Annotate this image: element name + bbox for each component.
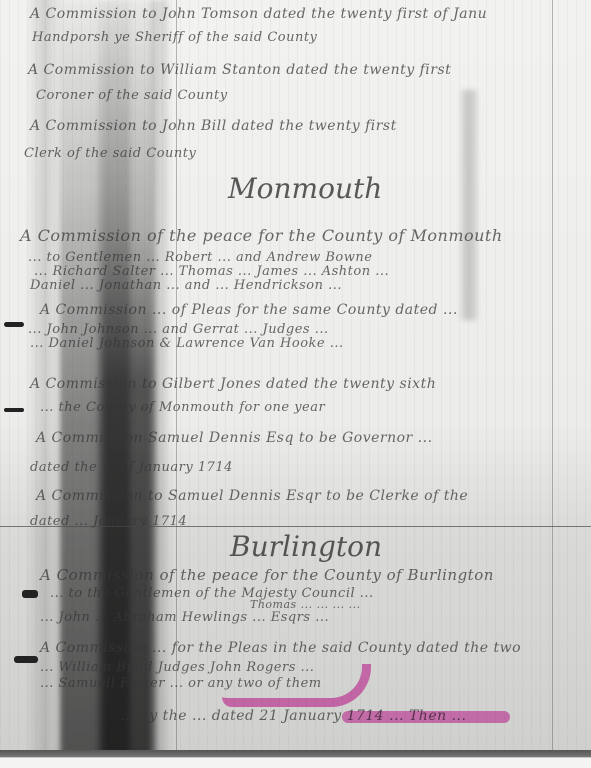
horizontal-rule — [0, 526, 591, 527]
entry-line: ... the County of Monmouth for one year — [40, 400, 325, 415]
entry-line: A Commission ... for the Pleas in the sa… — [40, 640, 521, 656]
entry-line: Coroner of the said County — [36, 88, 228, 103]
entry-line: A Commission to William Stanton dated th… — [28, 62, 451, 78]
scanned-document-page: A Commission to John Tomson dated the tw… — [0, 0, 591, 768]
entry-line: A Commission ... of Pleas for the same C… — [40, 302, 458, 318]
ink-mark — [4, 408, 24, 412]
entry-line: Handporsh ye Sheriff of the said County — [32, 30, 317, 45]
entry-line: ... John ... Abraham Hewlings ... Esqrs … — [40, 610, 329, 625]
entry-line: A Commission to John Bill dated the twen… — [30, 118, 397, 134]
entry-line: Clerk of the said County — [24, 146, 196, 161]
section-heading-burlington: Burlington — [230, 530, 382, 563]
entry-line: ... to Gentlemen ... Robert ... and Andr… — [28, 250, 372, 265]
scan-edge — [0, 750, 591, 768]
margin-rule — [552, 0, 553, 768]
highlight-samuell-foster — [222, 664, 371, 707]
entry-line: dated the ... of January 1714 — [30, 460, 233, 475]
scan-smudge — [462, 90, 476, 320]
section-heading-monmouth: Monmouth — [228, 172, 382, 205]
entry-line: ... Daniel Johnson & Lawrence Van Hooke … — [30, 336, 344, 351]
entry-line: Daniel ... Jonathan ... and ... Hendrick… — [30, 278, 342, 293]
entry-line: A Commission Samuel Dennis Esq to be Gov… — [36, 430, 433, 446]
entry-line: ... John Johnson ... and Gerrat ... Judg… — [28, 322, 329, 337]
ink-mark — [4, 322, 24, 327]
highlight-date-1714 — [342, 711, 510, 723]
entry-line: A Commission of the peace for the County… — [40, 566, 494, 584]
entry-line: A Commission of the peace for the County… — [20, 226, 503, 245]
entry-line: A Commission to Gilbert Jones dated the … — [30, 376, 436, 392]
entry-line: A Commission to Samuel Dennis Esqr to be… — [36, 488, 468, 504]
ink-mark — [14, 656, 38, 663]
entry-line: A Commission to John Tomson dated the tw… — [30, 6, 487, 22]
ink-mark — [22, 590, 38, 598]
entry-line: ... Richard Salter ... Thomas ... James … — [34, 264, 389, 279]
